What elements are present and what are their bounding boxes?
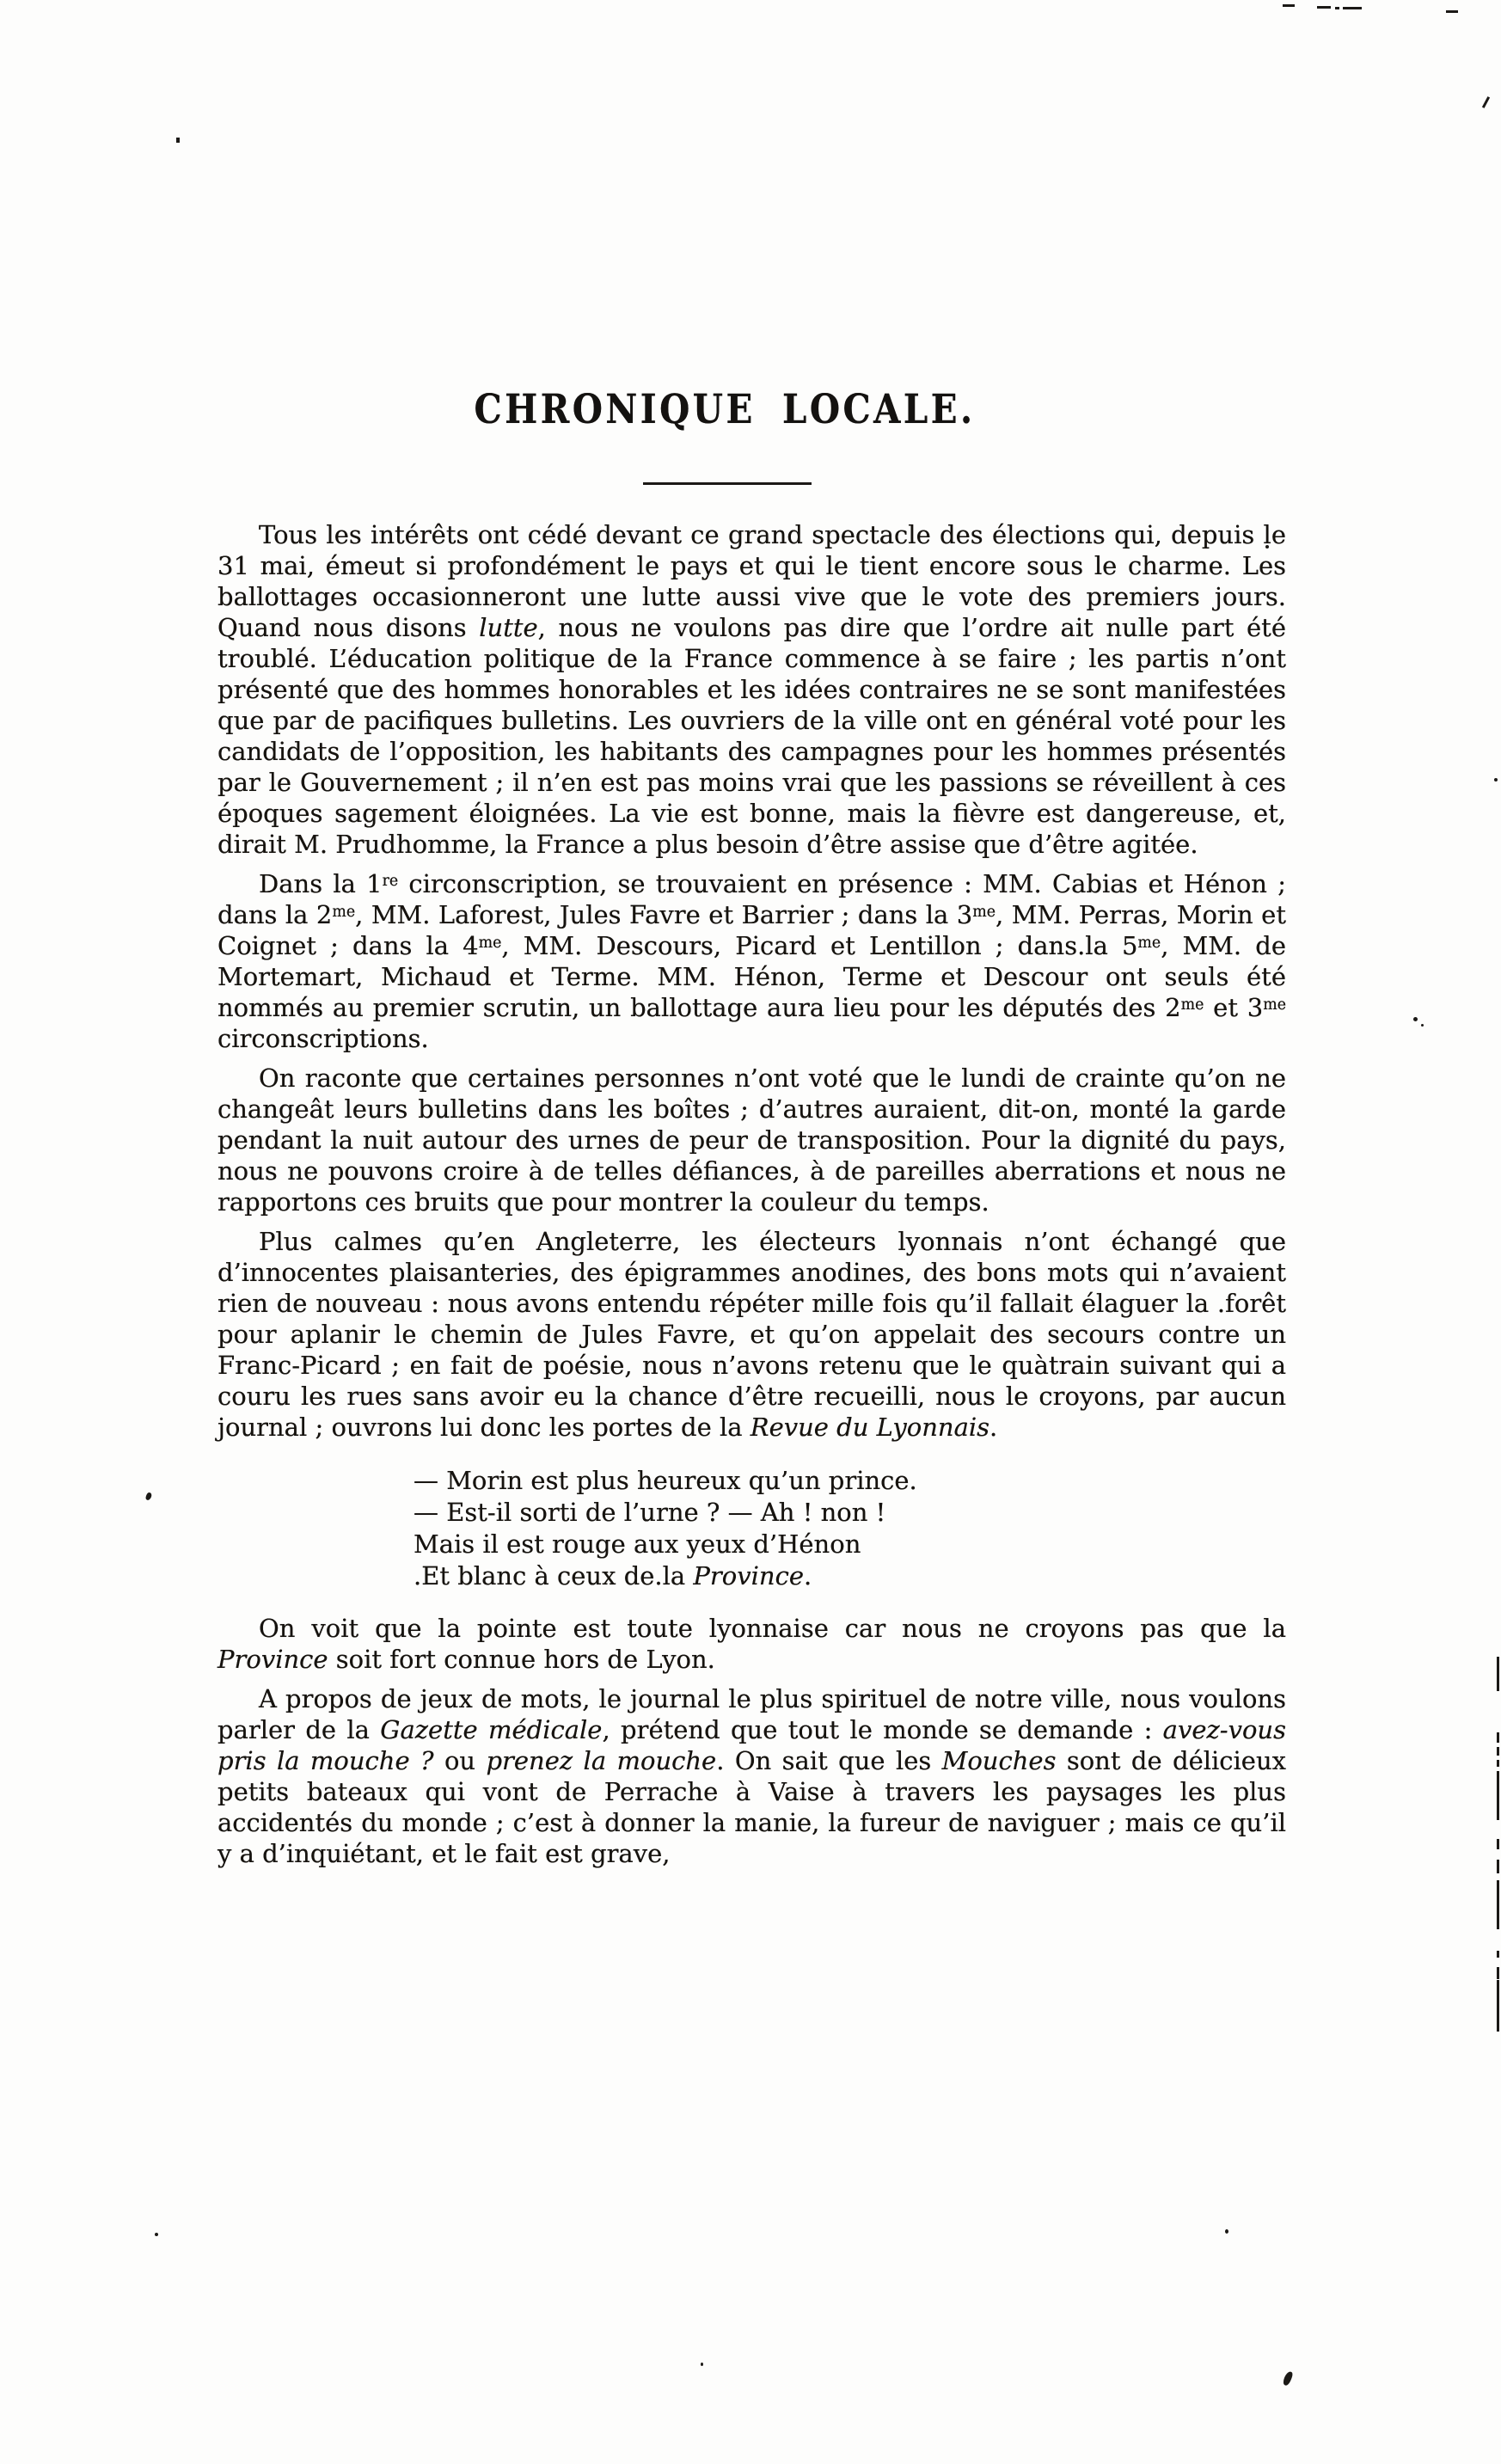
scan-dash bbox=[1446, 10, 1458, 13]
scanned-newspaper-page: CHRONIQUE LOCALE. Tous les intérêts ont … bbox=[0, 0, 1501, 2464]
scan-edge-line bbox=[1497, 1760, 1499, 1767]
scan-edge-line bbox=[1497, 1747, 1499, 1756]
poem-line: .Et blanc à ceux de.la Province. bbox=[414, 1560, 1286, 1592]
paragraph-4: Plus calmes qu’en Angleterre, les électe… bbox=[217, 1226, 1286, 1443]
paragraph-1: Tous les intérêts ont cédé devant ce gra… bbox=[217, 519, 1286, 860]
scan-speck bbox=[701, 2363, 703, 2366]
paragraph-2: Dans la 1re circonscription, se trouvaie… bbox=[217, 868, 1286, 1054]
scan-speck bbox=[1494, 778, 1498, 781]
scan-mark bbox=[1482, 96, 1490, 108]
scan-dash bbox=[1335, 7, 1339, 9]
scan-edge-line bbox=[1497, 1732, 1499, 1743]
scan-speck bbox=[1265, 545, 1269, 549]
scan-speck bbox=[145, 1492, 152, 1500]
scan-dash bbox=[1343, 7, 1362, 9]
scan-edge-line bbox=[1497, 1980, 1499, 2032]
article-body: Tous les intérêts ont cédé devant ce gra… bbox=[217, 519, 1286, 1878]
scan-speck bbox=[1413, 1017, 1418, 1021]
scan-edge-line bbox=[1497, 1839, 1499, 1849]
scan-speck bbox=[1225, 2229, 1228, 2234]
paragraph-6: On voit que la pointe est toute lyonnais… bbox=[217, 1613, 1286, 1675]
paragraph-7: A propos de jeux de mots, le journal le … bbox=[217, 1683, 1286, 1869]
poem-line: — Est-il sorti de l’urne ? — Ah ! non ! bbox=[414, 1497, 1286, 1529]
scan-edge-line bbox=[1497, 1880, 1499, 1929]
scan-speck bbox=[176, 138, 180, 143]
poem-line: Mais il est rouge aux yeux d’Hénon bbox=[414, 1529, 1286, 1560]
scan-edge-line bbox=[1497, 1657, 1499, 1691]
scan-edge-line bbox=[1497, 1771, 1499, 1820]
quatrain: — Morin est plus heureux qu’un prince.— … bbox=[414, 1465, 1286, 1592]
scan-speck bbox=[155, 2233, 158, 2236]
scan-speck bbox=[1421, 1024, 1424, 1027]
paragraph-3: On raconte que certaines personnes n’ont… bbox=[217, 1063, 1286, 1217]
scan-edge-line bbox=[1497, 1967, 1499, 1979]
scan-edge-line bbox=[1497, 1860, 1499, 1873]
title-divider bbox=[643, 482, 812, 485]
scan-dash bbox=[1317, 6, 1331, 9]
page-title: CHRONIQUE LOCALE. bbox=[289, 386, 1161, 433]
scan-dash bbox=[1283, 4, 1295, 7]
scan-edge-line bbox=[1497, 1951, 1499, 1958]
scan-speck bbox=[1282, 2370, 1294, 2387]
poem-line: — Morin est plus heureux qu’un prince. bbox=[414, 1465, 1286, 1497]
